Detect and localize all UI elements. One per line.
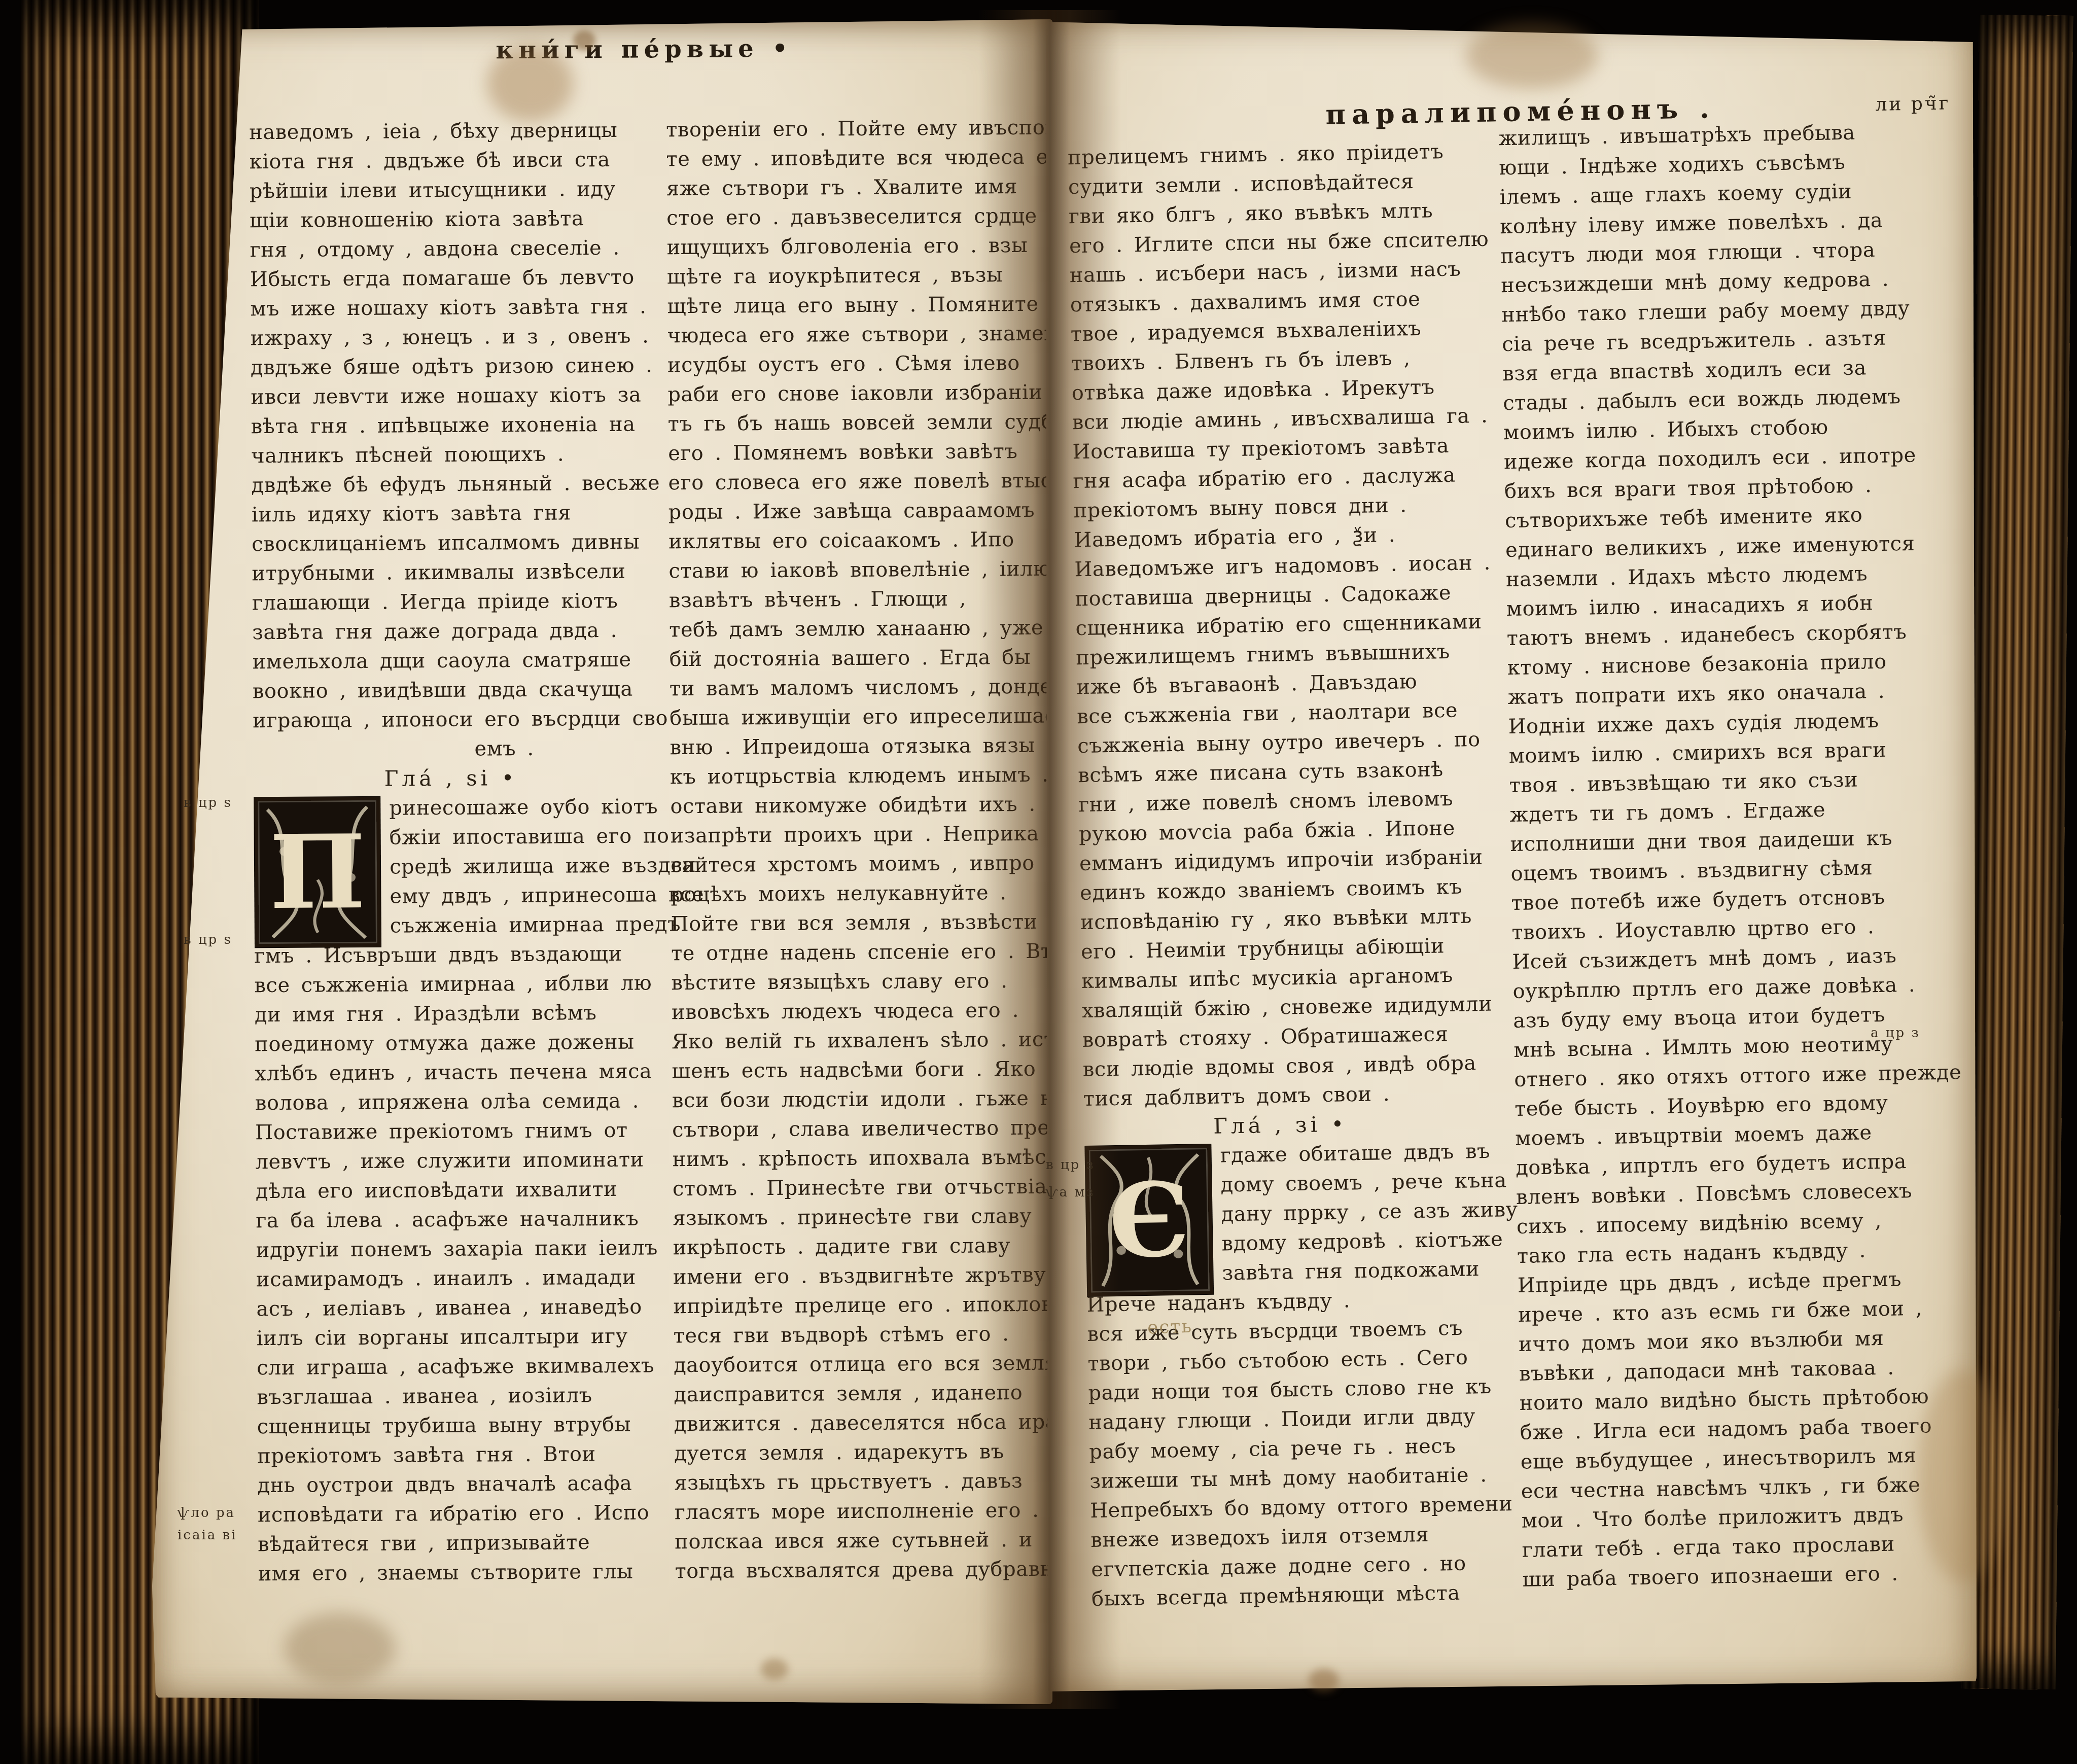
text-line: тебѣ дамъ землю ханааню , уже — [669, 613, 1049, 645]
margin-note: а цр з — [1871, 1026, 1920, 1041]
text-line: исповѣдати га ибратію его . Испо — [258, 1498, 653, 1530]
text-line: роцѣхъ моихъ нелукавнуйте . — [671, 878, 1051, 910]
text-line: исудбы оустъ его . Сѣмя ілево — [667, 348, 1048, 380]
text-line: итрубными . икимвалы извѣсели — [252, 556, 647, 588]
text-line: сайтеся хрстомъ моимъ , ивпро — [671, 849, 1051, 880]
text-line: ти вамъ маломъ числомъ , донде — [670, 672, 1050, 704]
text-line: сли играша , асафъже вкимвалехъ — [257, 1351, 652, 1383]
text-line: поединому отмужа даже дожены — [255, 1027, 650, 1059]
left-page-column-1: наведомъ , іеіа , бѣху дверницыкіота гня… — [249, 115, 654, 1589]
text-line: щѣте лица его выну . Помяните — [667, 290, 1047, 322]
left-page-column-2: твореніи его . Пойте ему ивъспойте ему .… — [666, 113, 1055, 1586]
text-line: ринесошаже оубо кіотъ — [389, 792, 649, 823]
text-line: вдому кедровѣ . кіотъже — [1221, 1225, 1479, 1258]
ghost-offset-note: есть — [1147, 1316, 1192, 1338]
text-line: двдъже бяше одѣтъ ризою синею . — [251, 350, 646, 382]
text-line: движится . давеселятся нбса ира — [674, 1407, 1054, 1439]
left-page: кни́ги пе́рвые • наведомъ , іеіа , бѣху … — [152, 19, 1052, 1704]
text-line: бжіи ипоставиша его по — [390, 821, 649, 852]
text-line: быхъ всегда премѣняющи мѣста — [1092, 1578, 1485, 1614]
text-line: иклятвы его соісаакомъ . Ипо — [668, 525, 1049, 557]
text-line: гня , отдому , авдона свеселіе . — [250, 233, 645, 265]
text-line: исамирамодъ . инаилъ . имадади — [256, 1262, 652, 1294]
text-line: раби его снове іаковли избраніи его . — [667, 378, 1048, 410]
text-line: щѣте га иоукрѣпитеся , възы — [667, 260, 1047, 292]
open-book-photo: кни́ги пе́рвые • наведомъ , іеіа , бѣху … — [0, 0, 2077, 1764]
margin-note: ѱло ра — [178, 1505, 235, 1521]
text-line: гласятъ море иисполненіе его . идрева — [675, 1496, 1055, 1528]
right-page: паралипоме́нонъ . ли рч̃г прелицемъ гним… — [1046, 15, 1977, 1698]
text-line: Пойте гви вся земля , възвѣсти — [671, 907, 1051, 939]
text-line: средѣ жилища иже въздви — [390, 851, 649, 881]
text-line: дану пррку , се азъ живу — [1221, 1195, 1478, 1229]
text-line: ди имя гня . Ираздѣли всѣмъ — [255, 998, 650, 1030]
text-line: възглашаа . иванеа , иозіилъ — [257, 1380, 652, 1412]
text-line: ему двдъ , ипринесоша все — [390, 880, 649, 911]
text-line: воокно , ивидѣвши двда скачуща — [253, 674, 648, 706]
text-line: имя его , знаемы сътворите глы — [258, 1557, 653, 1589]
text-line: хлѣбъ единъ , ичасть печена мяса — [255, 1056, 650, 1088]
text-line: глашающи . Иегда пріиде кіотъ — [252, 586, 648, 618]
text-line: икрѣпость . дадите гви славу — [673, 1231, 1053, 1263]
text-line: кіота гня . двдъже бѣ ивси ста — [249, 145, 645, 177]
text-line: рѣйшіи ілеви итысущники . иду — [250, 174, 645, 206]
text-line: завѣта гня подкожами — [1222, 1254, 1480, 1288]
text-line: наведомъ , іеіа , бѣху дверницы — [249, 115, 645, 147]
text-line: съжженіа имирнаа предъ — [390, 909, 650, 940]
text-line: ивовсѣхъ людехъ чюдеса его . — [672, 996, 1052, 1028]
text-line: іилъ сіи ворганы ипсалтыри игу — [257, 1321, 652, 1353]
text-line: стави ю іаковѣ вповелѣніе , іилю — [668, 554, 1049, 586]
text-line: изапрѣти проихъ цри . Неприка — [671, 819, 1051, 851]
initial-letter: Є — [1088, 1148, 1210, 1293]
text-line: ищущихъ блговоленіа его . взы — [666, 231, 1047, 263]
text-line: те ему . иповѣдите вся чюдеса его — [666, 143, 1046, 174]
text-line: взавѣтъ вѣченъ . Глющи , — [669, 584, 1049, 616]
book-fore-edge-right — [1962, 15, 2073, 1689]
text-line: прекіотомъ завѣта гня . Втои — [257, 1439, 653, 1471]
margin-note: ѱа мз — [1046, 1185, 1095, 1200]
text-line: къ иотцрьствіа клюдемъ инымъ . — [670, 760, 1050, 792]
text-line: нимъ . крѣпость ипохвала въмѣстѣ — [672, 1143, 1052, 1175]
text-line: завѣта гня даже дограда двда . — [252, 615, 648, 647]
text-line: все съжженіа имирнаа , иблви лю — [254, 968, 650, 1000]
running-header-left: кни́ги пе́рвые • — [441, 34, 847, 65]
margin-note: в цр з — [1046, 1157, 1095, 1173]
text-line: вѣстите вязыцѣхъ славу его . — [671, 966, 1051, 998]
text-line: емъ . — [253, 733, 648, 765]
text-line: іиль идяху кіотъ завѣта гня — [252, 498, 647, 530]
margin-note: ісаіа ві — [178, 1528, 237, 1543]
text-line: даисправится земля , иданепо — [674, 1378, 1054, 1410]
text-line: языкомъ . принесѣте гви славу — [673, 1202, 1053, 1233]
text-line: шенъ есть надвсѣми боги . Яко — [672, 1054, 1052, 1086]
text-line: теся гви въдворѣ стѣмъ его . — [674, 1319, 1054, 1351]
text-line: языцѣхъ гь црьствуетъ . давъз — [674, 1466, 1054, 1498]
text-line: Ибысть егда помагаше бъ левѵто — [250, 262, 646, 294]
text-line: стомъ . Принесѣте гви отчьствіа — [673, 1172, 1053, 1204]
text-line: свосклицаніемъ ипсалмомъ дивны — [252, 527, 647, 559]
text-line: идругіи понемъ захаріа паки іеилъ — [256, 1233, 651, 1265]
chapter-heading: Гла́ , ѕі • — [253, 762, 649, 794]
text-line: Поставиже прекіотомъ гнимъ от — [255, 1115, 651, 1147]
text-line: тогда въсхвалятся древа дубравнаа — [675, 1555, 1055, 1586]
text-line: ипріидѣте прелице его . ипоклони — [673, 1290, 1053, 1322]
text-line: га ба ілева . асафъже началникъ — [256, 1204, 651, 1236]
folio-number: ли рч̃г — [1875, 93, 1951, 115]
text-line: гдаже обиташе двдъ въ — [1220, 1137, 1477, 1170]
right-page-column-1: прелицемъ гнимъ . яко пріидетъсудити зем… — [1068, 136, 1485, 1613]
text-line: полскаа ився яже сутьвней . и — [675, 1525, 1055, 1557]
decorative-initial-P: П — [254, 797, 381, 948]
text-line: дуется земля . идарекутъ въ — [674, 1437, 1054, 1469]
text-line: сщенницы трубиша выну втрубы — [257, 1409, 653, 1441]
text-line: мъ иже ношаху кіотъ завѣта гня . — [250, 292, 646, 324]
text-line: имени его . въздвигнѣте жрътву — [673, 1260, 1053, 1292]
text-line: его . Помянемъ вовѣки завѣтъ — [668, 437, 1048, 469]
text-line: вси бози людстіи идоли . гьже нба — [672, 1084, 1052, 1116]
margin-note: в цр ѕ — [184, 932, 232, 947]
initial-letter: П — [258, 800, 377, 944]
text-line: ивси левѵти иже ношаху кіотъ за — [251, 380, 646, 412]
text-line: левѵтъ , иже служити ипоминати — [255, 1145, 651, 1177]
text-line: бій достояніа вашего . Егда бы — [669, 643, 1049, 675]
text-line: ижраху , з , юнецъ . и з , овенъ . — [251, 321, 646, 353]
text-line: Яко велій гь ихваленъ ѕѣло . истра — [672, 1025, 1052, 1057]
text-line: двдѣже бѣ ефудъ льняный . весьже — [251, 468, 647, 500]
decorative-initial-E: Є — [1085, 1144, 1213, 1296]
text-line: твореніи его . Пойте ему ивъспой — [666, 113, 1046, 145]
text-line: его словеса его яже повелѣ втысяща — [668, 466, 1048, 498]
text-line: остави никомуже обидѣти ихъ . — [670, 790, 1050, 822]
text-line: тъ гь бъ нашь вовсей земли судбы — [668, 407, 1048, 439]
text-line: чалникъ пѣсней поющихъ . — [251, 439, 647, 471]
text-line: щіи ковношенію кіота завѣта — [250, 203, 645, 235]
text-line: стое его . давъзвеселится срдце — [666, 201, 1047, 233]
text-line: яже сътвори гъ . Хвалите имя — [666, 172, 1047, 204]
text-line: асъ , иеліавъ , иванеа , инаведѣо — [256, 1292, 652, 1324]
text-line: вѣта гня . ипѣвцыже ихоненіа на — [251, 409, 647, 441]
text-line: быша иживущіи его ипреселишася — [670, 701, 1050, 733]
text-line: чюдеса его яже сътвори , знаменіа — [667, 319, 1047, 351]
text-line: дѣла его иисповѣдати ихвалити — [256, 1174, 651, 1206]
text-line: играюща , ипоноси его въсрдци сво — [253, 703, 648, 735]
text-line: дому своемъ , рече къна — [1220, 1166, 1478, 1199]
text-line: те отдне надень спсеніе его . Въз — [671, 937, 1051, 969]
right-page-column-2: жилищъ . ивъшатрѣхъ пребывающи . Індѣже … — [1498, 117, 1949, 1595]
text-line: днь оустрои двдъ вначалѣ асафа — [257, 1468, 653, 1500]
text-line: волова , ипряжена олѣа семида . — [255, 1086, 651, 1118]
text-line: вню . Ипреидоша отязыка вязы — [670, 731, 1050, 763]
text-line: роды . Иже завѣща савраамомъ — [668, 496, 1049, 527]
text-line: даоубоится отлица его вся земля . — [674, 1349, 1054, 1381]
margin-note: в цр ѕ — [184, 795, 232, 810]
text-line: сътвори , слава ивеличество пред — [672, 1113, 1052, 1145]
text-line: вѣдайтеся гви , ипризывайте — [258, 1527, 653, 1559]
text-line: имельхола дщи саоула сматряше — [252, 645, 648, 677]
